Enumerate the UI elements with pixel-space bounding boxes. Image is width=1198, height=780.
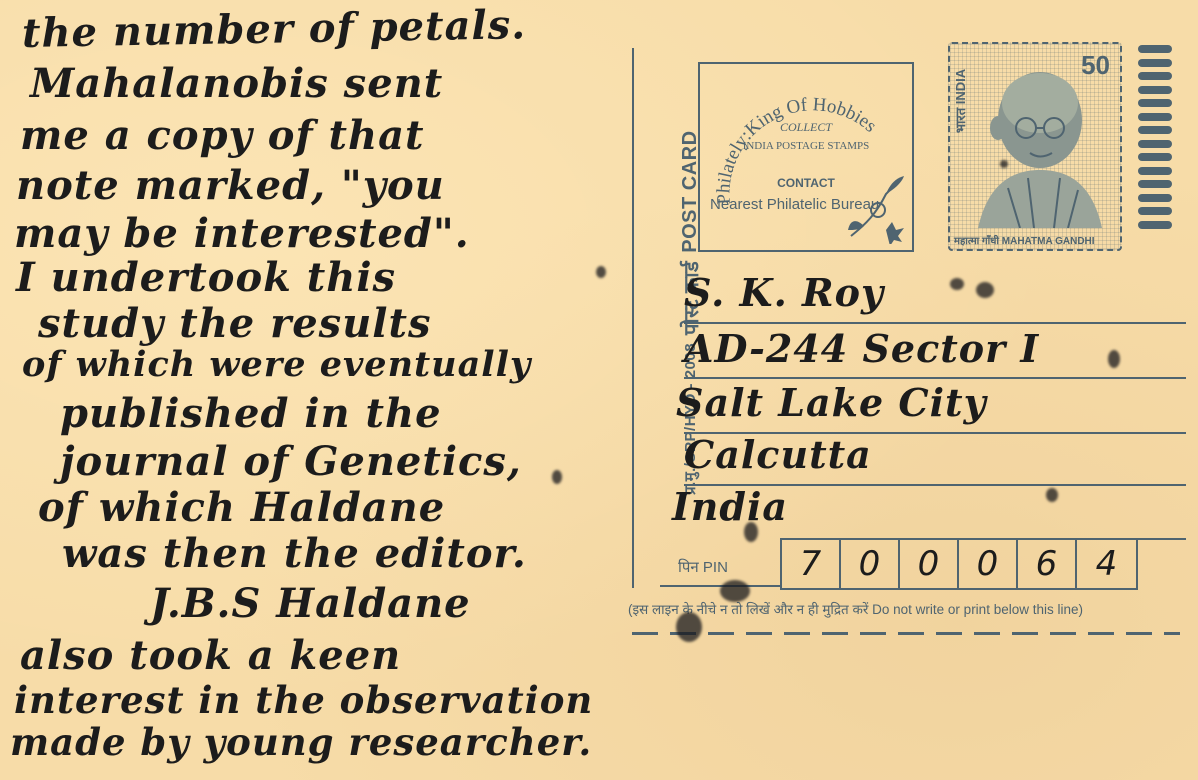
postage-stamp: 50 भारत INDIA महात्मा गाँधी MAHATMA GAND… (948, 42, 1122, 251)
address-rule (684, 484, 1186, 486)
letter-line: published in the (60, 390, 442, 437)
ink-blot (1108, 350, 1120, 368)
ink-blot (720, 580, 750, 602)
flower-icon (846, 174, 906, 244)
ink-blot (744, 522, 758, 542)
ink-blot (676, 612, 702, 642)
ink-blot (950, 278, 964, 290)
letter-line: J.B.S Haldane (150, 580, 471, 627)
ink-blot (1046, 488, 1058, 502)
collect-text: COLLECT (700, 120, 912, 135)
letter-line: journal of Genetics, (60, 438, 522, 485)
pin-digit: 0 (959, 540, 1018, 588)
pin-label: पिन PIN (678, 557, 728, 577)
letter-line: interest in the observation (14, 678, 593, 722)
letter-line: may be interested". (14, 210, 470, 257)
pin-digit: 0 (900, 540, 959, 588)
dashed-boundary-line (632, 632, 1180, 635)
letter-line: note marked, "you (16, 162, 445, 209)
pin-digit: 7 (782, 540, 841, 588)
letter-line: of which were eventually (22, 344, 531, 385)
ink-blot (1000, 160, 1008, 168)
letter-line: Mahalanobis sent (30, 60, 443, 107)
pin-digit: 6 (1018, 540, 1077, 588)
letter-line: me a copy of that (20, 112, 424, 159)
ink-blot (552, 470, 562, 484)
letter-line: the number of petals. (22, 1, 527, 57)
pin-digit: 4 (1077, 540, 1136, 588)
gandhi-portrait-icon (968, 58, 1108, 228)
ink-blot (976, 282, 994, 298)
facing-identification-bars (1138, 45, 1172, 234)
letter-line: study the results (38, 300, 431, 347)
address-rule (684, 322, 1186, 324)
stamp-country: भारत INDIA (951, 69, 969, 133)
letter-line: also took a keen (20, 632, 401, 679)
letter-line: was then the editor. (62, 530, 527, 577)
india-postage-stamps-text: INDIA POSTAGE STAMPS (700, 140, 912, 152)
letter-line: made by young researcher. (10, 720, 592, 764)
philately-promo-box: Philately:King Of Hobbies COLLECT INDIA … (698, 62, 914, 252)
ink-blot (596, 266, 606, 278)
address-rule (684, 432, 1186, 434)
print-code: प्र.मु./SPP/HYD - 2008 (680, 343, 700, 495)
pin-digit: 0 (841, 540, 900, 588)
address-rule (684, 377, 1186, 379)
stamp-caption: महात्मा गाँधी MAHATMA GANDHI (954, 233, 1095, 247)
message-address-divider (632, 48, 634, 588)
letter-line: I undertook this (16, 254, 396, 301)
letter-line: of which Haldane (38, 484, 445, 531)
pin-code-boxes: 7 0 0 0 6 4 (780, 538, 1138, 590)
